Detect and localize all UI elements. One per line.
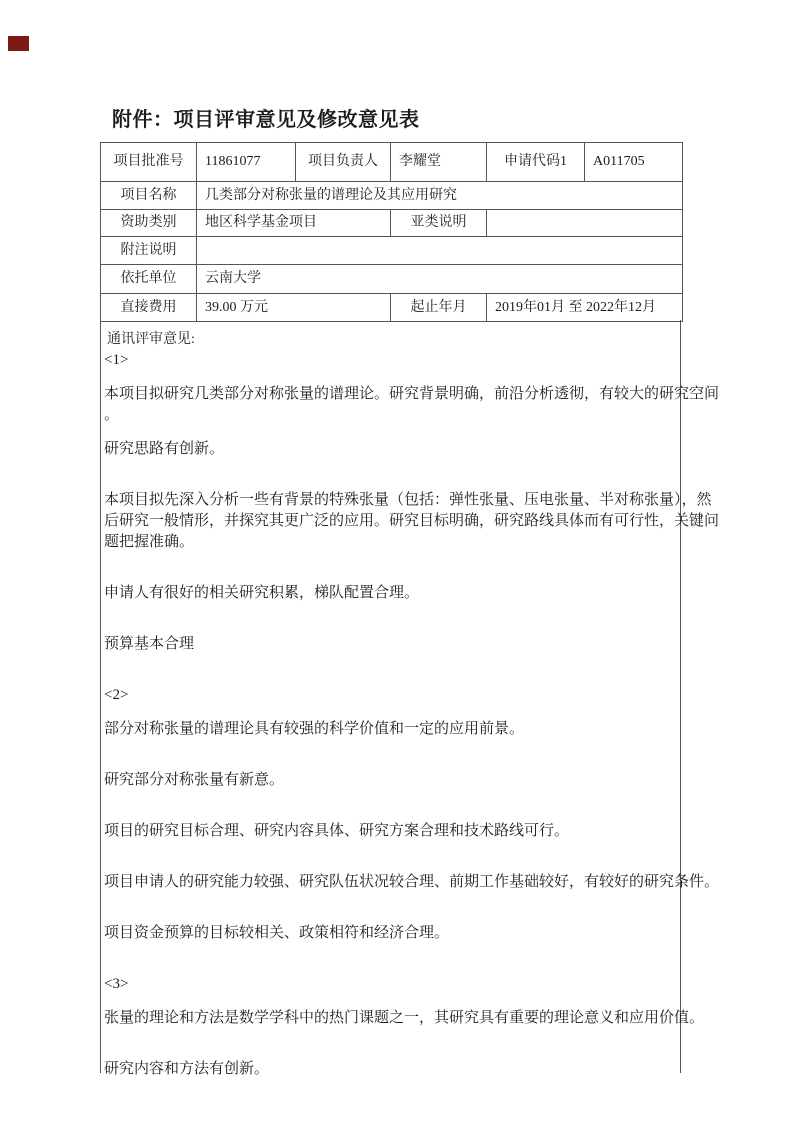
review-line: <3>: [101, 974, 680, 995]
document-page: { "page": { "title": "附件：项目评审意见及修改意见表" }…: [0, 0, 794, 1123]
info-cell-value: A011705: [584, 143, 682, 181]
review-paragraph: 项目的研究目标合理、研究内容具体、研究方案合理和技术路线可行。: [101, 821, 680, 842]
review-line: 部分对称张量的谱理论具有较强的科学价值和一定的应用前景。: [101, 719, 680, 740]
table-row: 资助类别地区科学基金项目亚类说明: [101, 209, 682, 236]
review-paragraph: <1>: [101, 350, 680, 371]
review-paragraph: 研究内容和方法有创新。: [101, 1059, 680, 1080]
review-paragraph: 研究部分对称张量有新意。: [101, 770, 680, 791]
review-paragraph: 预算基本合理: [101, 634, 680, 655]
review-line: 研究思路有创新。: [101, 439, 680, 460]
review-line: 项目资金预算的目标较相关、政策相符和经济合理。: [101, 923, 680, 944]
review-line: 题把握准确。: [101, 532, 680, 553]
review-paragraph: <3>: [101, 974, 680, 995]
info-cell-label: 起止年月: [390, 294, 486, 321]
info-cell-label: 项目名称: [101, 182, 196, 209]
red-corner-mark: [8, 36, 29, 51]
info-cell-value: 李耀堂: [390, 143, 486, 181]
info-cell-label: 依托单位: [101, 265, 196, 293]
project-info-table: 项目批准号11861077项目负责人李耀堂申请代码1A011705项目名称几类部…: [100, 142, 683, 322]
info-cell-label: 资助类别: [101, 210, 196, 236]
review-line: 后研究一般情形，并探究其更广泛的应用。研究目标明确，研究路线具体而有可行性，关键…: [101, 511, 680, 532]
info-cell-label: 直接费用: [101, 294, 196, 321]
review-paragraph: 项目资金预算的目标较相关、政策相符和经济合理。: [101, 923, 680, 944]
review-section: 通讯评审意见: <1>本项目拟研究几类部分对称张量的谱理论。研究背景明确，前沿分…: [100, 320, 681, 1073]
review-line: 。: [101, 405, 680, 426]
review-blocks: <1>本项目拟研究几类部分对称张量的谱理论。研究背景明确，前沿分析透彻，有较大的…: [101, 350, 680, 1080]
review-line: 项目申请人的研究能力较强、研究队伍状况较合理、前期工作基础较好，有较好的研究条件…: [101, 872, 680, 893]
review-line: 本项目拟先深入分析一些有背景的特殊张量（包括：弹性张量、压电张量、半对称张量），…: [101, 490, 680, 511]
review-heading: 通讯评审意见:: [101, 329, 680, 350]
info-cell-value: [196, 237, 682, 264]
table-row: 直接费用39.00 万元起止年月2019年01月 至 2022年12月: [101, 293, 682, 321]
info-cell-value: 几类部分对称张量的谱理论及其应用研究: [196, 182, 682, 209]
table-row: 附注说明: [101, 236, 682, 264]
review-paragraph: 部分对称张量的谱理论具有较强的科学价值和一定的应用前景。: [101, 719, 680, 740]
review-paragraph: 张量的理论和方法是数学学科中的热门课题之一，其研究具有重要的理论意义和应用价值。: [101, 1008, 680, 1029]
review-paragraph: 申请人有很好的相关研究积累，梯队配置合理。: [101, 583, 680, 604]
review-paragraph: 本项目拟先深入分析一些有背景的特殊张量（包括：弹性张量、压电张量、半对称张量），…: [101, 490, 680, 553]
attachment-title: 附件：项目评审意见及修改意见表: [112, 103, 420, 132]
info-cell-value: 云南大学: [196, 265, 682, 293]
table-row: 项目名称几类部分对称张量的谱理论及其应用研究: [101, 181, 682, 209]
info-cell-value: 地区科学基金项目: [196, 210, 390, 236]
info-cell-label: 项目负责人: [295, 143, 390, 181]
info-cell-label: 附注说明: [101, 237, 196, 264]
review-line: 研究内容和方法有创新。: [101, 1059, 680, 1080]
review-paragraph: 本项目拟研究几类部分对称张量的谱理论。研究背景明确，前沿分析透彻，有较大的研究空…: [101, 384, 680, 426]
info-cell-value: 11861077: [196, 143, 295, 181]
review-line: 张量的理论和方法是数学学科中的热门课题之一，其研究具有重要的理论意义和应用价值。: [101, 1008, 680, 1029]
review-line: <1>: [101, 350, 680, 371]
table-row: 项目批准号11861077项目负责人李耀堂申请代码1A011705: [101, 143, 682, 181]
review-line: 预算基本合理: [101, 634, 680, 655]
info-cell-label: 亚类说明: [390, 210, 486, 236]
info-cell-value: [486, 210, 682, 236]
info-cell-value: 2019年01月 至 2022年12月: [486, 294, 682, 321]
review-line: 项目的研究目标合理、研究内容具体、研究方案合理和技术路线可行。: [101, 821, 680, 842]
table-row: 依托单位云南大学: [101, 264, 682, 293]
review-line: 申请人有很好的相关研究积累，梯队配置合理。: [101, 583, 680, 604]
review-line: <2>: [101, 685, 680, 706]
info-cell-value: 39.00 万元: [196, 294, 390, 321]
info-cell-label: 申请代码1: [486, 143, 584, 181]
review-line: 研究部分对称张量有新意。: [101, 770, 680, 791]
review-line: 本项目拟研究几类部分对称张量的谱理论。研究背景明确，前沿分析透彻，有较大的研究空…: [101, 384, 680, 405]
review-paragraph: 研究思路有创新。: [101, 439, 680, 460]
review-paragraph: <2>: [101, 685, 680, 706]
review-paragraph: 项目申请人的研究能力较强、研究队伍状况较合理、前期工作基础较好，有较好的研究条件…: [101, 872, 680, 893]
info-cell-label: 项目批准号: [101, 143, 196, 181]
